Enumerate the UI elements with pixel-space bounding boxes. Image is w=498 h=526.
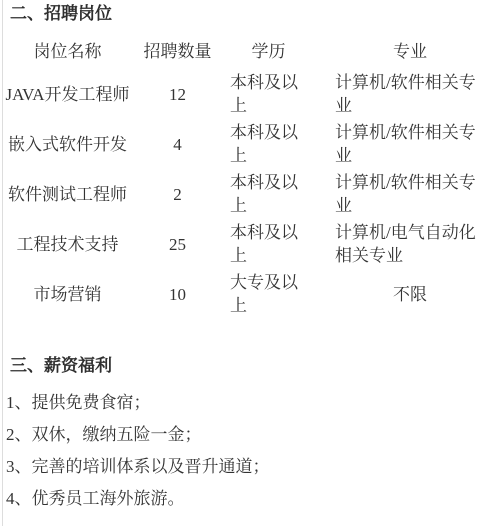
benefit-item: 4、优秀员工海外旅游。 xyxy=(6,487,498,510)
positions-table: 岗位名称 招聘数量 学历 专业 JAVA开发工程师 12 本科及以上 计算机/软… xyxy=(0,33,498,319)
cell-count: 4 xyxy=(135,119,220,169)
cell-major: 计算机/软件相关专业 xyxy=(320,169,498,219)
cell-education: 本科及以上 xyxy=(220,169,320,219)
cell-major: 计算机/软件相关专业 xyxy=(320,119,498,169)
cell-education: 本科及以上 xyxy=(220,219,320,269)
table-header-row: 岗位名称 招聘数量 学历 专业 xyxy=(0,33,498,69)
benefit-item: 2、双休，缴纳五险一金； xyxy=(6,423,498,446)
cell-position: 嵌入式软件开发 xyxy=(0,119,135,169)
cell-position: 工程技术支持 xyxy=(0,219,135,269)
cell-education: 大专及以上 xyxy=(220,269,320,319)
cell-major: 计算机/电气自动化相关专业 xyxy=(320,219,498,269)
table-row: JAVA开发工程师 12 本科及以上 计算机/软件相关专业 xyxy=(0,69,498,119)
cell-major: 不限 xyxy=(320,269,498,319)
cell-position: 软件测试工程师 xyxy=(0,169,135,219)
column-header-count: 招聘数量 xyxy=(135,33,220,69)
column-header-major: 专业 xyxy=(320,33,498,69)
table-row: 嵌入式软件开发 4 本科及以上 计算机/软件相关专业 xyxy=(0,119,498,169)
cell-count: 2 xyxy=(135,169,220,219)
column-header-position: 岗位名称 xyxy=(0,33,135,69)
cell-position: JAVA开发工程师 xyxy=(0,69,135,119)
table-row: 工程技术支持 25 本科及以上 计算机/电气自动化相关专业 xyxy=(0,219,498,269)
section-title-benefits: 三、薪资福利 xyxy=(0,319,498,375)
cell-education: 本科及以上 xyxy=(220,69,320,119)
benefit-item: 1、提供免费食宿； xyxy=(6,391,498,414)
cell-count: 25 xyxy=(135,219,220,269)
table-row: 市场营销 10 大专及以上 不限 xyxy=(0,269,498,319)
benefit-item: 3、完善的培训体系以及晋升通道； xyxy=(6,455,498,478)
cell-count: 12 xyxy=(135,69,220,119)
cell-major: 计算机/软件相关专业 xyxy=(320,69,498,119)
section-title-recruitment: 二、招聘岗位 xyxy=(0,0,498,23)
table-row: 软件测试工程师 2 本科及以上 计算机/软件相关专业 xyxy=(0,169,498,219)
cell-education: 本科及以上 xyxy=(220,119,320,169)
benefit-list: 1、提供免费食宿； 2、双休，缴纳五险一金； 3、完善的培训体系以及晋升通道； … xyxy=(0,391,498,510)
cell-position: 市场营销 xyxy=(0,269,135,319)
page: 二、招聘岗位 岗位名称 招聘数量 学历 专业 JAVA开发工程师 12 本科及以… xyxy=(0,0,498,526)
left-border-line xyxy=(2,0,3,526)
cell-count: 10 xyxy=(135,269,220,319)
column-header-education: 学历 xyxy=(220,33,320,69)
